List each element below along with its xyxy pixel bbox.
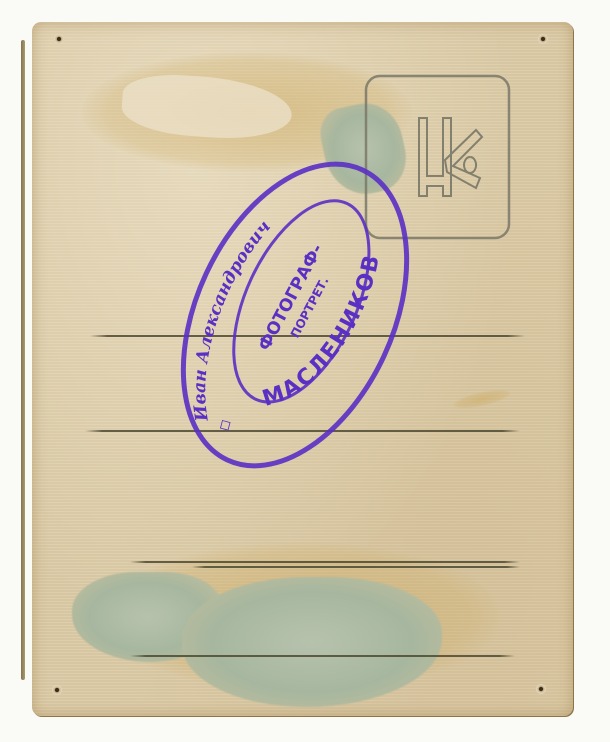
photographer-stamp: Иван Александрович ФОТОГРАФ- ПОРТРЕТ. МА… bbox=[0, 0, 610, 742]
stamp-ornament: ◇ bbox=[215, 413, 236, 436]
